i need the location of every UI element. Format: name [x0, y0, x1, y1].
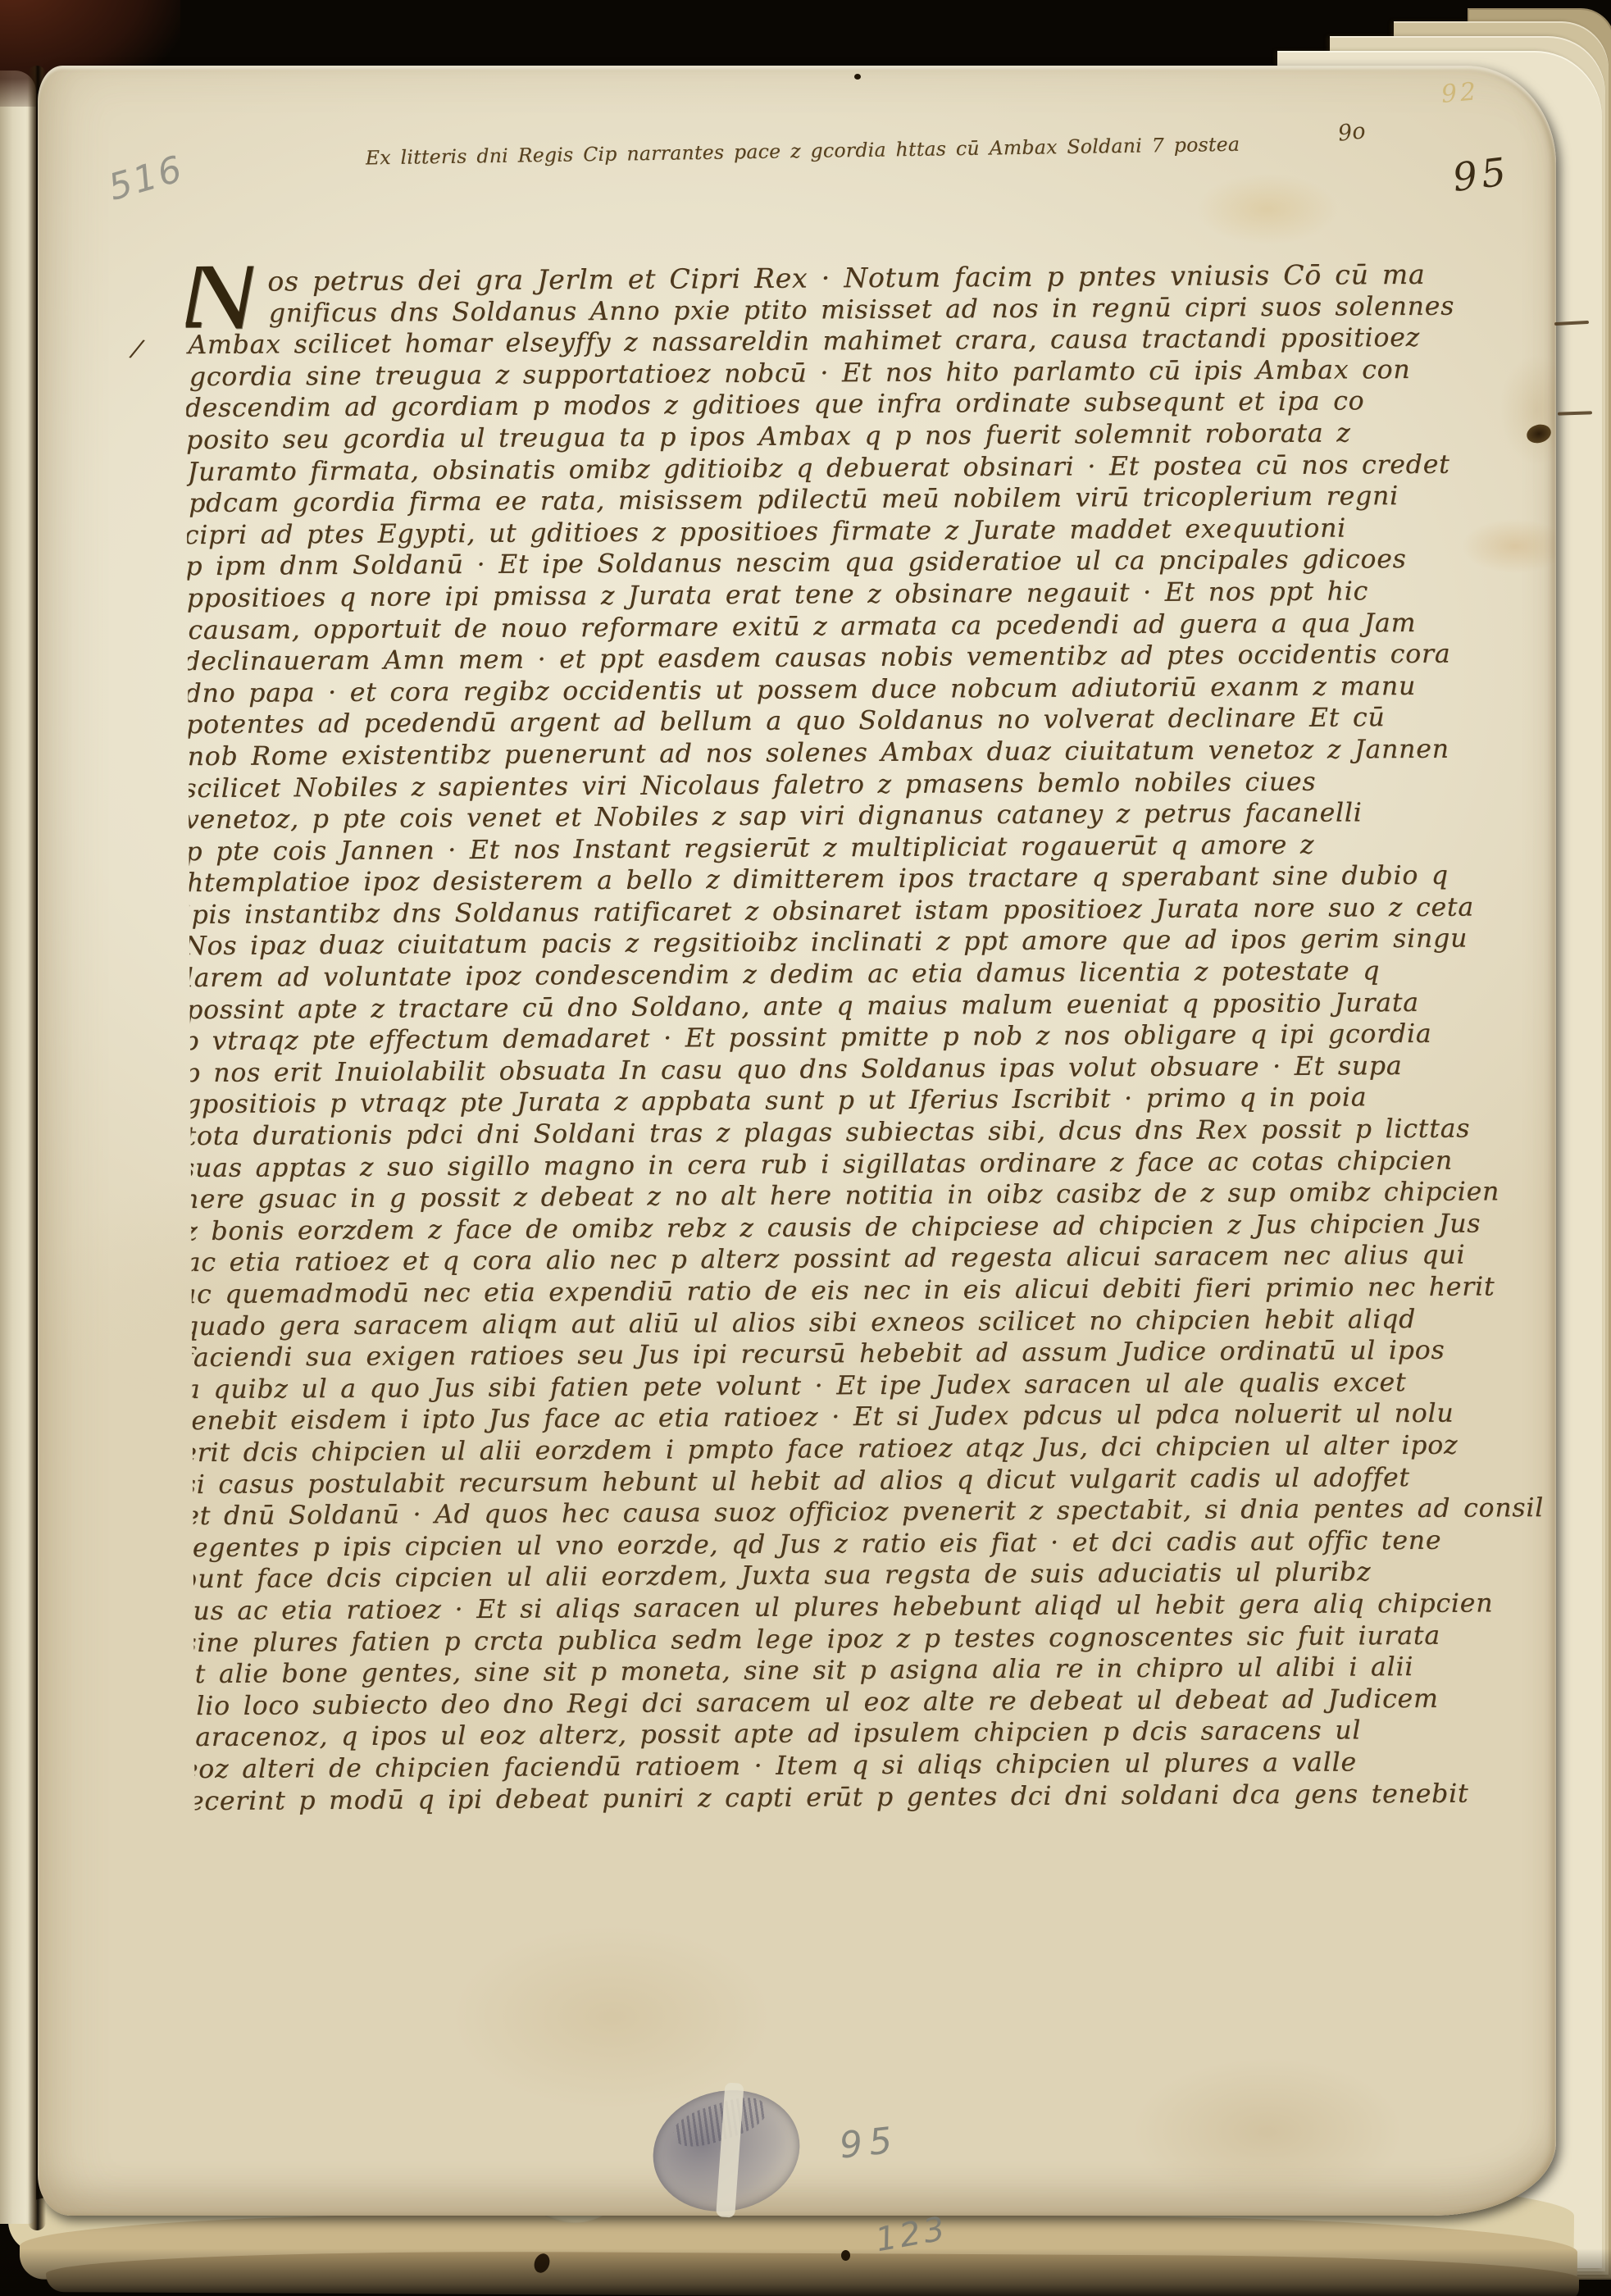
ink-speck — [854, 74, 861, 80]
folio-number: 95 — [1450, 149, 1513, 201]
decorated-initial: N — [185, 258, 262, 342]
quire-mark: 9o — [1336, 118, 1366, 146]
text-block-lines: os petrus dei gra Jerlm et Cipri Rex · N… — [185, 258, 1558, 1817]
text-block: N os petrus dei gra Jerlm et Cipri Rex ·… — [185, 258, 1558, 1829]
folio-number-faint: 92 — [1440, 77, 1481, 109]
bottom-pencil-number: 95 — [838, 2119, 901, 2166]
ink-speck — [841, 2250, 850, 2261]
photo-backdrop: 516 Ex litteris dni Regis Cip narrantes … — [0, 0, 1611, 2296]
